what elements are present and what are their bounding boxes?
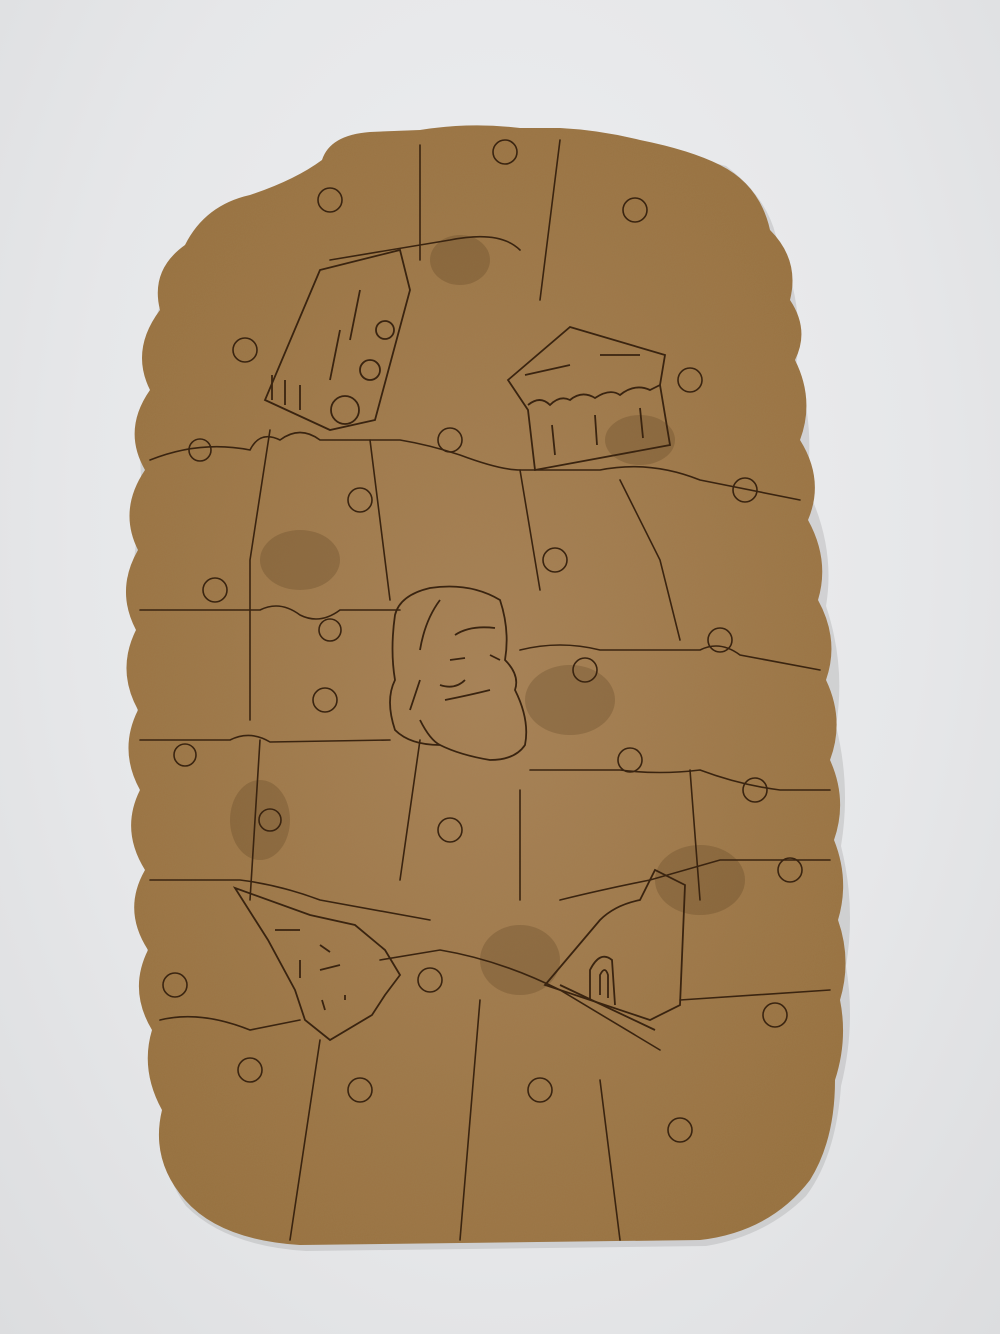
- photo-scene: Laser-cut wooden Christmas jigsaw puzzle…: [0, 0, 1000, 1334]
- puzzle-board: [0, 0, 1000, 1334]
